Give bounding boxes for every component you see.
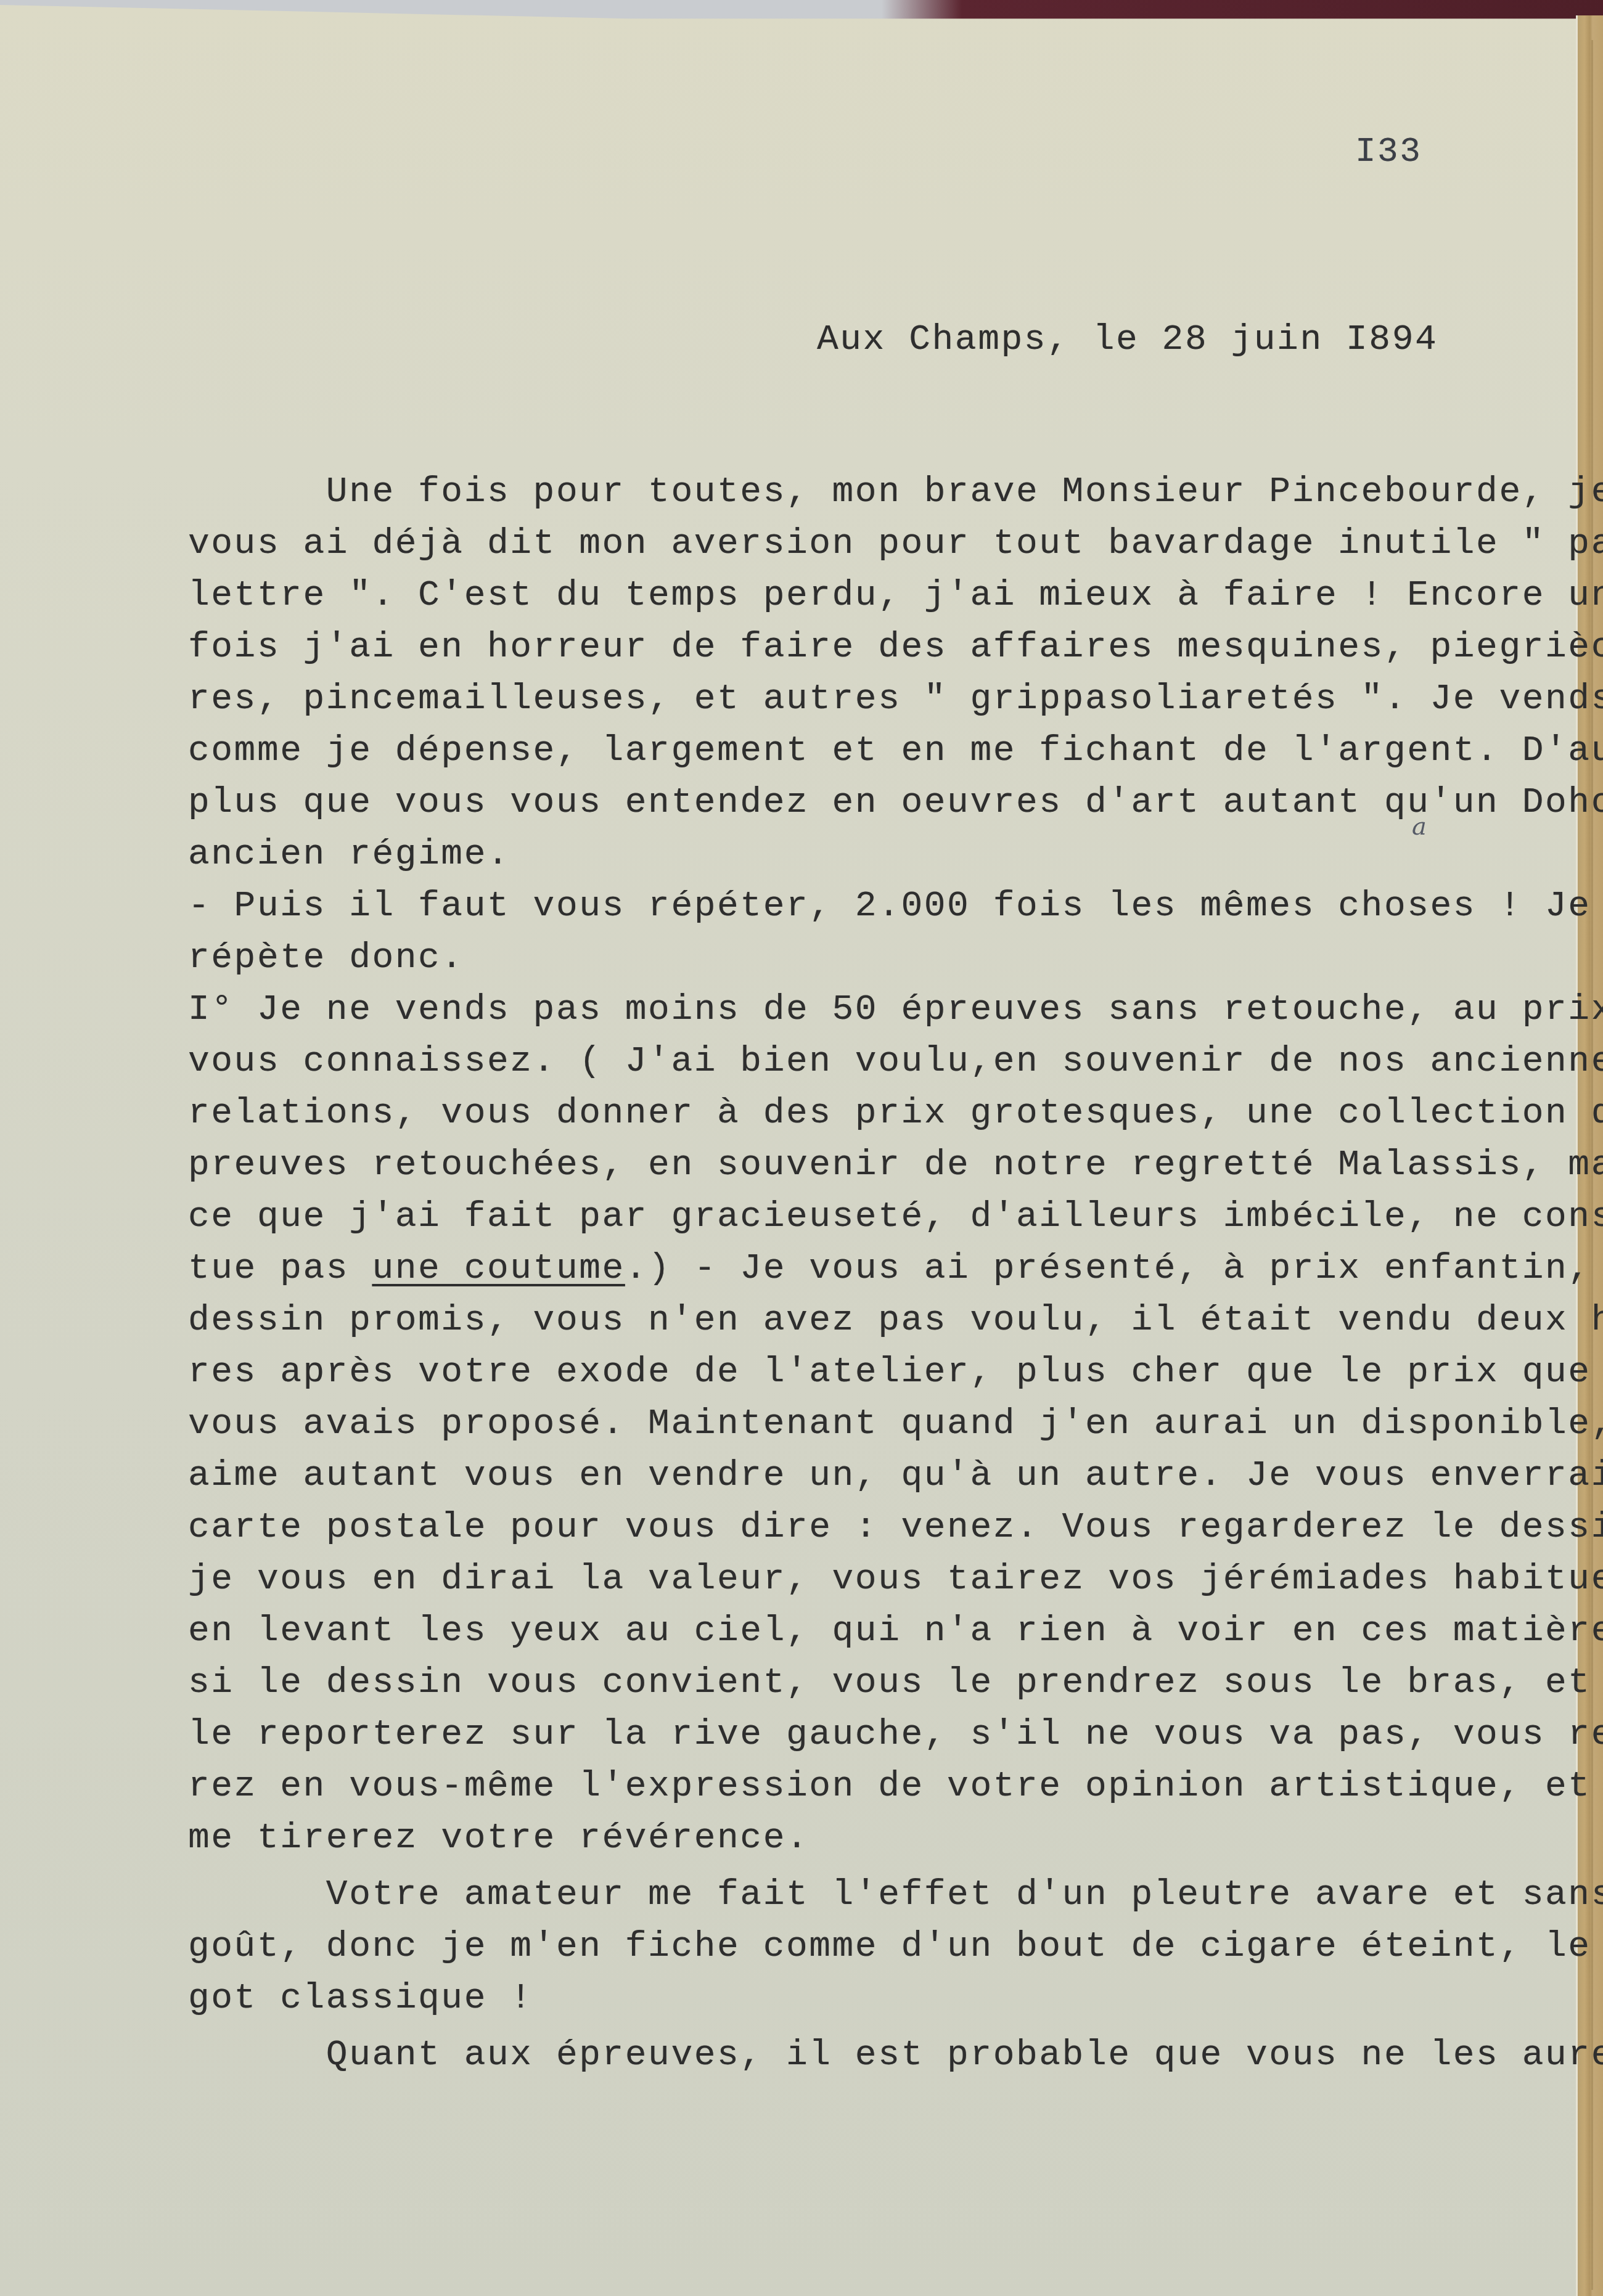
body-line: goût, donc je m'en fiche comme d'un bout… xyxy=(188,1929,1603,1965)
body-line: fois j'ai en horreur de faire des affair… xyxy=(188,630,1603,666)
line-start: tue pas xyxy=(188,1249,372,1289)
page-number: I33 xyxy=(1355,134,1422,169)
line-end: .) - Je vous ai présenté, à prix enfanti… xyxy=(625,1249,1603,1289)
body-line: en levant les yeux au ciel, qui n'a rien… xyxy=(188,1614,1603,1649)
body-line-underlined: tue pas une coutume.) - Je vous ai prése… xyxy=(188,1251,1603,1287)
body-line: dessin promis, vous n'en avez pas voulu,… xyxy=(188,1303,1603,1339)
body-line: preuves retouchées, en souvenir de notre… xyxy=(188,1148,1603,1183)
body-line: - Puis il faut vous répéter, 2.000 fois … xyxy=(188,889,1603,925)
body-line: vous ai déjà dit mon aversion pour tout … xyxy=(188,526,1603,562)
body-line: le reporterez sur la rive gauche, s'il n… xyxy=(188,1717,1603,1753)
body-line: comme je dépense, largement et en me fic… xyxy=(188,733,1603,769)
body-line: vous avais proposé. Maintenant quand j'e… xyxy=(188,1407,1603,1442)
body-line: got classique ! xyxy=(188,1981,533,2017)
letter-date-line: Aux Champs, le 28 juin I894 xyxy=(817,322,1438,358)
body-line: carte postale pour vous dire : venez. Vo… xyxy=(188,1510,1603,1546)
body-line: relations, vous donner à des prix grotes… xyxy=(188,1096,1603,1132)
handwritten-correction: a xyxy=(1412,812,1427,841)
body-line: je vous en dirai la valeur, vous tairez … xyxy=(188,1562,1603,1598)
body-line: res, pincemailleuses, et autres " grippa… xyxy=(188,682,1603,717)
underlined-phrase: une coutume xyxy=(372,1249,625,1289)
body-line: aime autant vous en vendre un, qu'à un a… xyxy=(188,1458,1603,1494)
body-line: Quant aux épreuves, il est probable que … xyxy=(188,2038,1603,2073)
body-line: si le dessin vous convient, vous le pren… xyxy=(188,1665,1603,1701)
body-line: Votre amateur me fait l'effet d'un pleut… xyxy=(188,1877,1603,1913)
body-line: rez en vous-même l'expression de votre o… xyxy=(188,1769,1603,1805)
body-line: I° Je ne vends pas moins de 50 épreuves … xyxy=(188,992,1603,1028)
body-line: me tirerez votre révérence. xyxy=(188,1821,809,1857)
body-line: plus que vous vous entendez en oeuvres d… xyxy=(188,785,1603,821)
body-line: répète donc. xyxy=(188,941,464,976)
body-line: vous connaissez. ( J'ai bien voulu,en so… xyxy=(188,1044,1603,1080)
body-line: Une fois pour toutes, mon brave Monsieur… xyxy=(188,475,1603,510)
body-line: lettre ". C'est du temps perdu, j'ai mie… xyxy=(188,578,1603,614)
body-line: ce que j'ai fait par gracieuseté, d'aill… xyxy=(188,1199,1603,1235)
body-line: res après votre exode de l'atelier, plus… xyxy=(188,1355,1603,1391)
body-line: ancien régime. xyxy=(188,837,510,873)
